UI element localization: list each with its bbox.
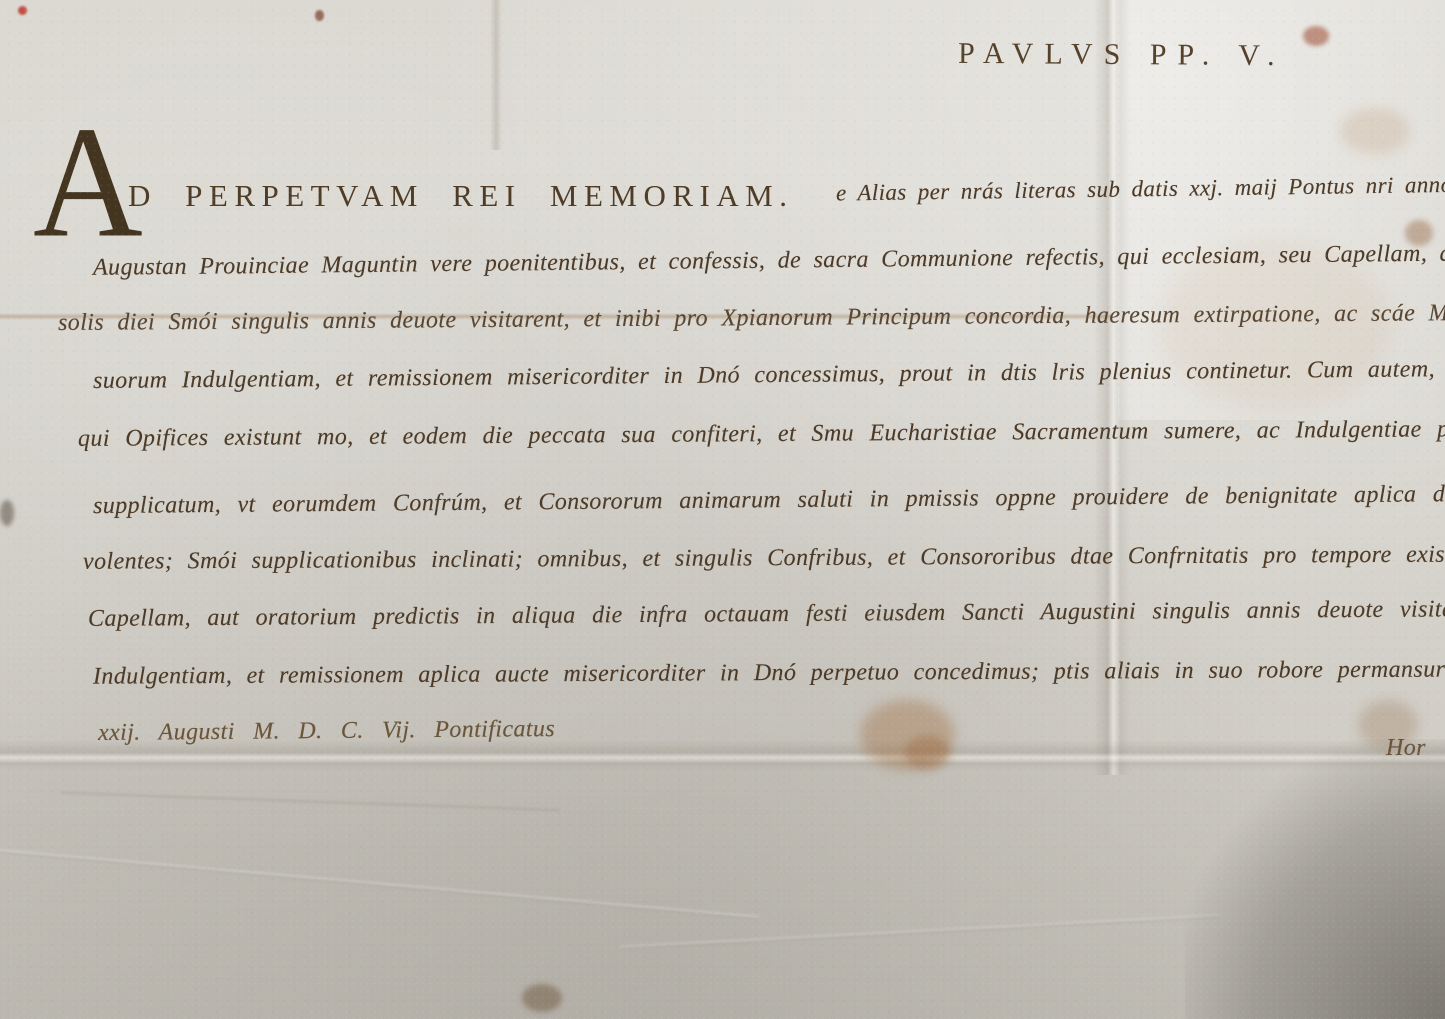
red-speck-stain [18, 6, 27, 15]
text-line: supplicatum, vt eorumdem Confrúm, et Con… [93, 481, 1445, 520]
manuscript-page: PAVLVS PP. V. A D PERPETVAM REI MEMORIAM… [0, 0, 1445, 1019]
heading-line: D PERPETVAM REI MEMORIAM. [128, 178, 794, 214]
faint-stain [1340, 108, 1410, 154]
drop-cap-initial: A [33, 115, 143, 251]
papal-header: PAVLVS PP. V. [958, 37, 1286, 73]
ink-stain [522, 984, 562, 1012]
edge-mark [0, 500, 14, 526]
ink-stain [1303, 26, 1329, 46]
text-line: Indulgentiam, et remissionem aplica auct… [93, 656, 1445, 690]
text-line: qui Opifices existunt mo, et eodem die p… [78, 416, 1445, 453]
corner-shadow [1185, 739, 1445, 1019]
marginal-fragment: Hor [1386, 735, 1426, 762]
text-line: Capellam, aut oratorium predictis in ali… [88, 596, 1445, 633]
text-line: volentes; Smói supplicationibus inclinat… [83, 541, 1445, 576]
date-line: xxij. Augusti M. D. C. Vij. Pontificatus [98, 716, 555, 747]
ink-stain [905, 735, 950, 770]
top-vertical-crease [490, 0, 502, 150]
ink-stain [315, 10, 324, 21]
